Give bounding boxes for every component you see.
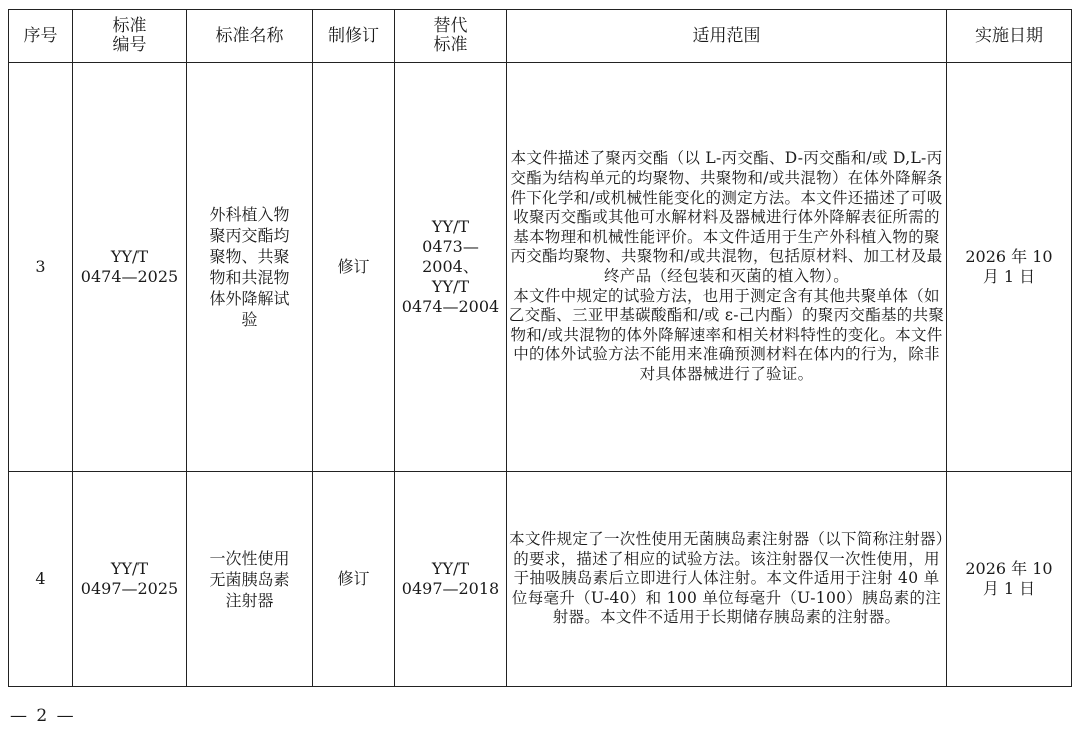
- date-line: 月 1 日: [947, 579, 1071, 599]
- name-line: 聚丙交酯均: [187, 225, 312, 246]
- cell-revision: 修订: [313, 63, 395, 472]
- cell-scope: 本文件规定了一次性使用无菌胰岛素注射器（以下简称注射器）的要求，描述了相应的试验…: [507, 472, 947, 687]
- cell-replaces: YY/T 0497—2018: [395, 472, 507, 687]
- header-replaces-line: 标准: [395, 36, 506, 55]
- code-line: 0497—2025: [73, 579, 186, 599]
- name-line: 无菌胰岛素: [187, 569, 312, 590]
- replaces-line: YY/T: [395, 277, 506, 297]
- replaces-line: 0474—2004: [395, 297, 506, 317]
- cell-revision: 修订: [313, 472, 395, 687]
- cell-date: 2026 年 10 月 1 日: [947, 63, 1072, 472]
- name-line: 外科植入物: [187, 204, 312, 225]
- name-line: 验: [187, 309, 312, 330]
- cell-replaces: YY/T 0473— 2004、 YY/T 0474—2004: [395, 63, 507, 472]
- cell-code: YY/T 0474—2025: [73, 63, 187, 472]
- cell-name: 外科植入物 聚丙交酯均 聚物、共聚 物和共混物 体外降解试 验: [187, 63, 313, 472]
- replaces-line: 0473—: [395, 237, 506, 257]
- header-name: 标准名称: [187, 10, 313, 63]
- name-line: 注射器: [187, 590, 312, 611]
- cell-scope: 本文件描述了聚丙交酯（以 L-丙交酯、D-丙交酯和/或 D,L-丙交酯为结构单元…: [507, 63, 947, 472]
- header-code: 标准 编号: [73, 10, 187, 63]
- header-code-line: 标准: [73, 17, 186, 36]
- cell-name: 一次性使用 无菌胰岛素 注射器: [187, 472, 313, 687]
- header-scope: 适用范围: [507, 10, 947, 63]
- table-header-row: 序号 标准 编号 标准名称 制修订 替代 标准 适用范围 实施日期: [9, 10, 1072, 63]
- name-line: 体外降解试: [187, 288, 312, 309]
- date-line: 2026 年 10: [947, 247, 1071, 267]
- page-number: — 2 —: [10, 706, 76, 726]
- name-line: 聚物、共聚: [187, 246, 312, 267]
- cell-date: 2026 年 10 月 1 日: [947, 472, 1072, 687]
- cell-code: YY/T 0497—2025: [73, 472, 187, 687]
- scope-paragraph: 本文件规定了一次性使用无菌胰岛素注射器（以下简称注射器）的要求，描述了相应的试验…: [507, 530, 946, 628]
- replaces-line: YY/T: [395, 217, 506, 237]
- table-row: 4 YY/T 0497—2025 一次性使用 无菌胰岛素 注射器 修订 YY/T…: [9, 472, 1072, 687]
- replaces-line: 0497—2018: [395, 579, 506, 599]
- table-row: 3 YY/T 0474—2025 外科植入物 聚丙交酯均 聚物、共聚 物和共混物…: [9, 63, 1072, 472]
- header-date: 实施日期: [947, 10, 1072, 63]
- cell-seq: 3: [9, 63, 73, 472]
- date-line: 月 1 日: [947, 267, 1071, 287]
- scope-paragraph: 本文件中规定的试验方法，也用于测定含有其他共聚单体（如乙交酯、三亚甲基碳酸酯和/…: [507, 287, 946, 385]
- code-line: YY/T: [73, 247, 186, 267]
- header-seq: 序号: [9, 10, 73, 63]
- replaces-line: 2004、: [395, 257, 506, 277]
- code-line: YY/T: [73, 559, 186, 579]
- date-line: 2026 年 10: [947, 559, 1071, 579]
- name-line: 一次性使用: [187, 548, 312, 569]
- header-revision: 制修订: [313, 10, 395, 63]
- header-replaces: 替代 标准: [395, 10, 507, 63]
- replaces-line: YY/T: [395, 559, 506, 579]
- scope-paragraph: 本文件描述了聚丙交酯（以 L-丙交酯、D-丙交酯和/或 D,L-丙交酯为结构单元…: [507, 149, 946, 286]
- standards-table: 序号 标准 编号 标准名称 制修订 替代 标准 适用范围 实施日期 3 YY/T…: [8, 9, 1072, 687]
- header-replaces-line: 替代: [395, 17, 506, 36]
- name-line: 物和共混物: [187, 267, 312, 288]
- cell-seq: 4: [9, 472, 73, 687]
- header-code-line: 编号: [73, 36, 186, 55]
- code-line: 0474—2025: [73, 267, 186, 287]
